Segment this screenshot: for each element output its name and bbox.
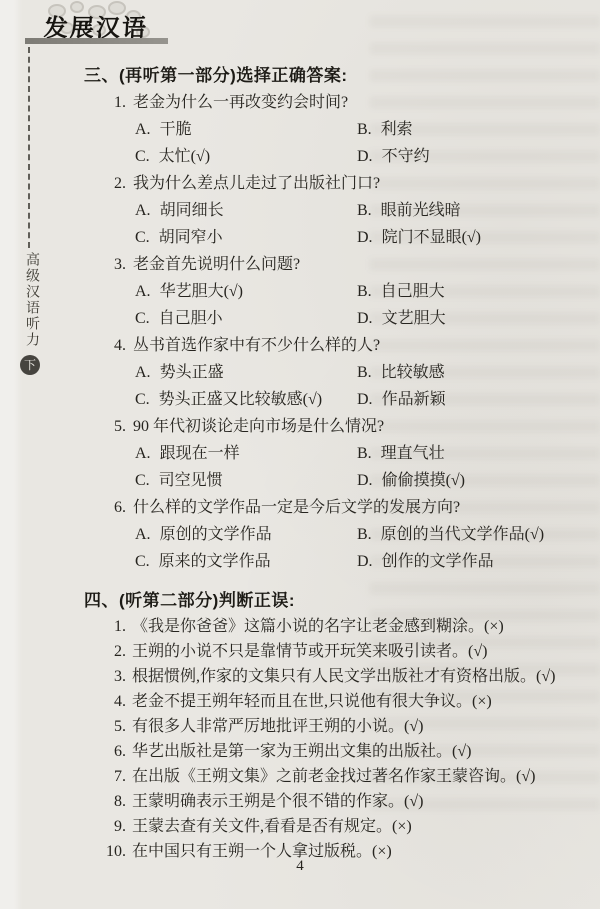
question-number: 3. [84, 251, 126, 278]
option-d: D.作品新颖 [357, 386, 584, 413]
option-label: B. [357, 359, 372, 386]
option-label: A. [135, 359, 151, 386]
option-a: A.原创的文学作品 [135, 521, 357, 548]
option-a: A.跟现在一样 [135, 440, 357, 467]
judge-item-3: 3.根据惯例,作家的文集只有人民文学出版社才有资格出版。(√) [84, 664, 584, 689]
question-text: 丛书首选作家中有不少什么样的人? [133, 332, 380, 359]
question-line: 6. 什么样的文学作品一定是今后文学的发展方向? [84, 494, 584, 521]
option-label: C. [135, 548, 150, 575]
option-c: C.自己胆小 [135, 305, 357, 332]
judge-item-8: 8.王蒙明确表示王朔是个很不错的作家。(√) [84, 789, 584, 814]
judge-item-4: 4.老金不提王朔年轻而且在世,只说他有很大争议。(×) [84, 689, 584, 714]
option-d: D.偷偷摸摸(√) [357, 467, 584, 494]
option-a: A.胡同细长 [135, 197, 357, 224]
question-text: 老金首先说明什么问题? [133, 251, 300, 278]
volume-badge: 下 [20, 355, 40, 375]
item-text: 王朔的小说不只是靠情节或开玩笑来吸引读者。(√) [132, 639, 487, 664]
question-text: 老金为什么一再改变约会时间? [133, 89, 348, 116]
option-label: C. [135, 467, 150, 494]
option-label: A. [135, 278, 151, 305]
option-text: 创作的文学作品 [382, 548, 494, 575]
option-c: C.司空见惯 [135, 467, 357, 494]
option-text: 自己胆大 [381, 278, 445, 305]
option-label: D. [357, 224, 373, 251]
question-5: 5. 90 年代初谈论走向市场是什么情况? A.跟现在一样 B.理直气壮 C.司… [84, 413, 584, 494]
question-1: 1. 老金为什么一再改变约会时间? A.干脆 B.利索 C.太忙(√) D.不守… [84, 89, 584, 170]
item-text: 《我是你爸爸》这篇小说的名字让老金感到糊涂。(×) [132, 614, 504, 639]
option-c: C.势头正盛又比较敏感(√) [135, 386, 357, 413]
option-b: B.理直气壮 [357, 440, 584, 467]
logo-underline-bar [25, 38, 168, 44]
section-judge: 四、(听第二部分)判断正误: 1.《我是你爸爸》这篇小说的名字让老金感到糊涂。(… [84, 588, 584, 864]
item-number: 5. [84, 714, 126, 739]
section-judge-heading: 四、(听第二部分)判断正误: [84, 588, 584, 614]
option-b: B.自己胆大 [357, 278, 584, 305]
option-text: 眼前光线暗 [381, 197, 461, 224]
question-number: 6. [84, 494, 126, 521]
question-line: 2. 我为什么差点儿走过了出版社门口? [84, 170, 584, 197]
option-c: C.太忙(√) [135, 143, 357, 170]
option-b: B.原创的当代文学作品(√) [357, 521, 584, 548]
item-number: 7. [84, 764, 126, 789]
options-grid: A.原创的文学作品 B.原创的当代文学作品(√) C.原来的文学作品 D.创作的… [135, 521, 584, 575]
judge-item-2: 2.王朔的小说不只是靠情节或开玩笑来吸引读者。(√) [84, 639, 584, 664]
options-grid: A.胡同细长 B.眼前光线暗 C.胡同窄小 D.院门不显眼(√) [135, 197, 584, 251]
option-d: D.不守约 [357, 143, 584, 170]
option-text: 原创的当代文学作品(√) [381, 521, 544, 548]
option-b: B.利索 [357, 116, 584, 143]
option-a: A.干脆 [135, 116, 357, 143]
option-label: A. [135, 440, 151, 467]
option-c: C.胡同窄小 [135, 224, 357, 251]
question-2: 2. 我为什么差点儿走过了出版社门口? A.胡同细长 B.眼前光线暗 C.胡同窄… [84, 170, 584, 251]
option-text: 势头正盛 [160, 359, 224, 386]
question-text: 90 年代初谈论走向市场是什么情况? [133, 413, 384, 440]
option-text: 不守约 [382, 143, 430, 170]
item-text: 华艺出版社是第一家为王朔出文集的出版社。(√) [132, 739, 471, 764]
question-line: 1. 老金为什么一再改变约会时间? [84, 89, 584, 116]
item-number: 1. [84, 614, 126, 639]
option-text: 利索 [381, 116, 413, 143]
item-number: 4. [84, 689, 126, 714]
option-text: 跟现在一样 [160, 440, 240, 467]
item-number: 8. [84, 789, 126, 814]
option-text: 胡同细长 [160, 197, 224, 224]
option-a: A.华艺胆大(√) [135, 278, 357, 305]
option-label: D. [357, 548, 373, 575]
question-line: 5. 90 年代初谈论走向市场是什么情况? [84, 413, 584, 440]
judge-item-7: 7.在出版《王朔文集》之前老金找过著名作家王蒙咨询。(√) [84, 764, 584, 789]
book-title-vertical: 高级汉语听力 [21, 252, 41, 348]
option-label: B. [357, 278, 372, 305]
option-label: A. [135, 521, 151, 548]
option-text: 原来的文学作品 [159, 548, 271, 575]
item-number: 2. [84, 639, 126, 664]
option-label: D. [357, 143, 373, 170]
option-label: B. [357, 440, 372, 467]
question-line: 3. 老金首先说明什么问题? [84, 251, 584, 278]
option-text: 比较敏感 [381, 359, 445, 386]
judge-item-1: 1.《我是你爸爸》这篇小说的名字让老金感到糊涂。(×) [84, 614, 584, 639]
section-choice-heading: 三、(再听第一部分)选择正确答案: [84, 62, 584, 89]
option-text: 华艺胆大(√) [160, 278, 243, 305]
item-text: 根据惯例,作家的文集只有人民文学出版社才有资格出版。(√) [132, 664, 555, 689]
option-label: D. [357, 467, 373, 494]
option-text: 院门不显眼(√) [382, 224, 481, 251]
item-number: 3. [84, 664, 126, 689]
option-label: D. [357, 386, 373, 413]
option-text: 胡同窄小 [159, 224, 223, 251]
option-label: B. [357, 197, 372, 224]
item-text: 王蒙去查有关文件,看看是否有规定。(×) [132, 814, 412, 839]
item-text: 老金不提王朔年轻而且在世,只说他有很大争议。(×) [132, 689, 492, 714]
option-label: C. [135, 386, 150, 413]
option-d: D.创作的文学作品 [357, 548, 584, 575]
option-label: B. [357, 116, 372, 143]
judge-item-9: 9.王蒙去查有关文件,看看是否有规定。(×) [84, 814, 584, 839]
option-text: 原创的文学作品 [160, 521, 272, 548]
option-b: B.比较敏感 [357, 359, 584, 386]
question-number: 1. [84, 89, 126, 116]
textbook-scanned-page: 发展汉语 高级汉语听力 下 三、(再听第一部分)选择正确答案: 1. 老金为什么… [0, 0, 600, 909]
question-number: 4. [84, 332, 126, 359]
option-label: C. [135, 143, 150, 170]
page-number: 4 [0, 858, 600, 875]
item-text: 有很多人非常严厉地批评王朔的小说。(√) [132, 714, 423, 739]
option-text: 作品新颖 [382, 386, 446, 413]
question-number: 5. [84, 413, 126, 440]
option-label: C. [135, 224, 150, 251]
question-4: 4. 丛书首选作家中有不少什么样的人? A.势头正盛 B.比较敏感 C.势头正盛… [84, 332, 584, 413]
item-number: 6. [84, 739, 126, 764]
option-a: A.势头正盛 [135, 359, 357, 386]
question-6: 6. 什么样的文学作品一定是今后文学的发展方向? A.原创的文学作品 B.原创的… [84, 494, 584, 575]
question-number: 2. [84, 170, 126, 197]
option-c: C.原来的文学作品 [135, 548, 357, 575]
option-text: 太忙(√) [159, 143, 210, 170]
question-line: 4. 丛书首选作家中有不少什么样的人? [84, 332, 584, 359]
options-grid: A.华艺胆大(√) B.自己胆大 C.自己胆小 D.文艺胆大 [135, 278, 584, 332]
question-text: 什么样的文学作品一定是今后文学的发展方向? [133, 494, 460, 521]
option-label: B. [357, 521, 372, 548]
option-label: A. [135, 197, 151, 224]
option-text: 理直气壮 [381, 440, 445, 467]
option-text: 偷偷摸摸(√) [382, 467, 465, 494]
question-text: 我为什么差点儿走过了出版社门口? [133, 170, 380, 197]
option-text: 势头正盛又比较敏感(√) [159, 386, 322, 413]
options-grid: A.跟现在一样 B.理直气壮 C.司空见惯 D.偷偷摸摸(√) [135, 440, 584, 494]
item-text: 王蒙明确表示王朔是个很不错的作家。(√) [132, 789, 423, 814]
option-text: 自己胆小 [159, 305, 223, 332]
judge-item-5: 5.有很多人非常严厉地批评王朔的小说。(√) [84, 714, 584, 739]
option-b: B.眼前光线暗 [357, 197, 584, 224]
option-text: 干脆 [160, 116, 192, 143]
judge-item-6: 6.华艺出版社是第一家为王朔出文集的出版社。(√) [84, 739, 584, 764]
option-text: 文艺胆大 [382, 305, 446, 332]
option-label: A. [135, 116, 151, 143]
item-number: 9. [84, 814, 126, 839]
item-text: 在出版《王朔文集》之前老金找过著名作家王蒙咨询。(√) [132, 764, 535, 789]
option-d: D.文艺胆大 [357, 305, 584, 332]
options-grid: A.干脆 B.利索 C.太忙(√) D.不守约 [135, 116, 584, 170]
exercise-content: 三、(再听第一部分)选择正确答案: 1. 老金为什么一再改变约会时间? A.干脆… [84, 62, 584, 864]
option-text: 司空见惯 [159, 467, 223, 494]
option-d: D.院门不显眼(√) [357, 224, 584, 251]
options-grid: A.势头正盛 B.比较敏感 C.势头正盛又比较敏感(√) D.作品新颖 [135, 359, 584, 413]
section-choice: 三、(再听第一部分)选择正确答案: 1. 老金为什么一再改变约会时间? A.干脆… [84, 62, 584, 575]
option-label: D. [357, 305, 373, 332]
option-label: C. [135, 305, 150, 332]
margin-dashed-line [28, 47, 30, 248]
question-3: 3. 老金首先说明什么问题? A.华艺胆大(√) B.自己胆大 C.自己胆小 D… [84, 251, 584, 332]
